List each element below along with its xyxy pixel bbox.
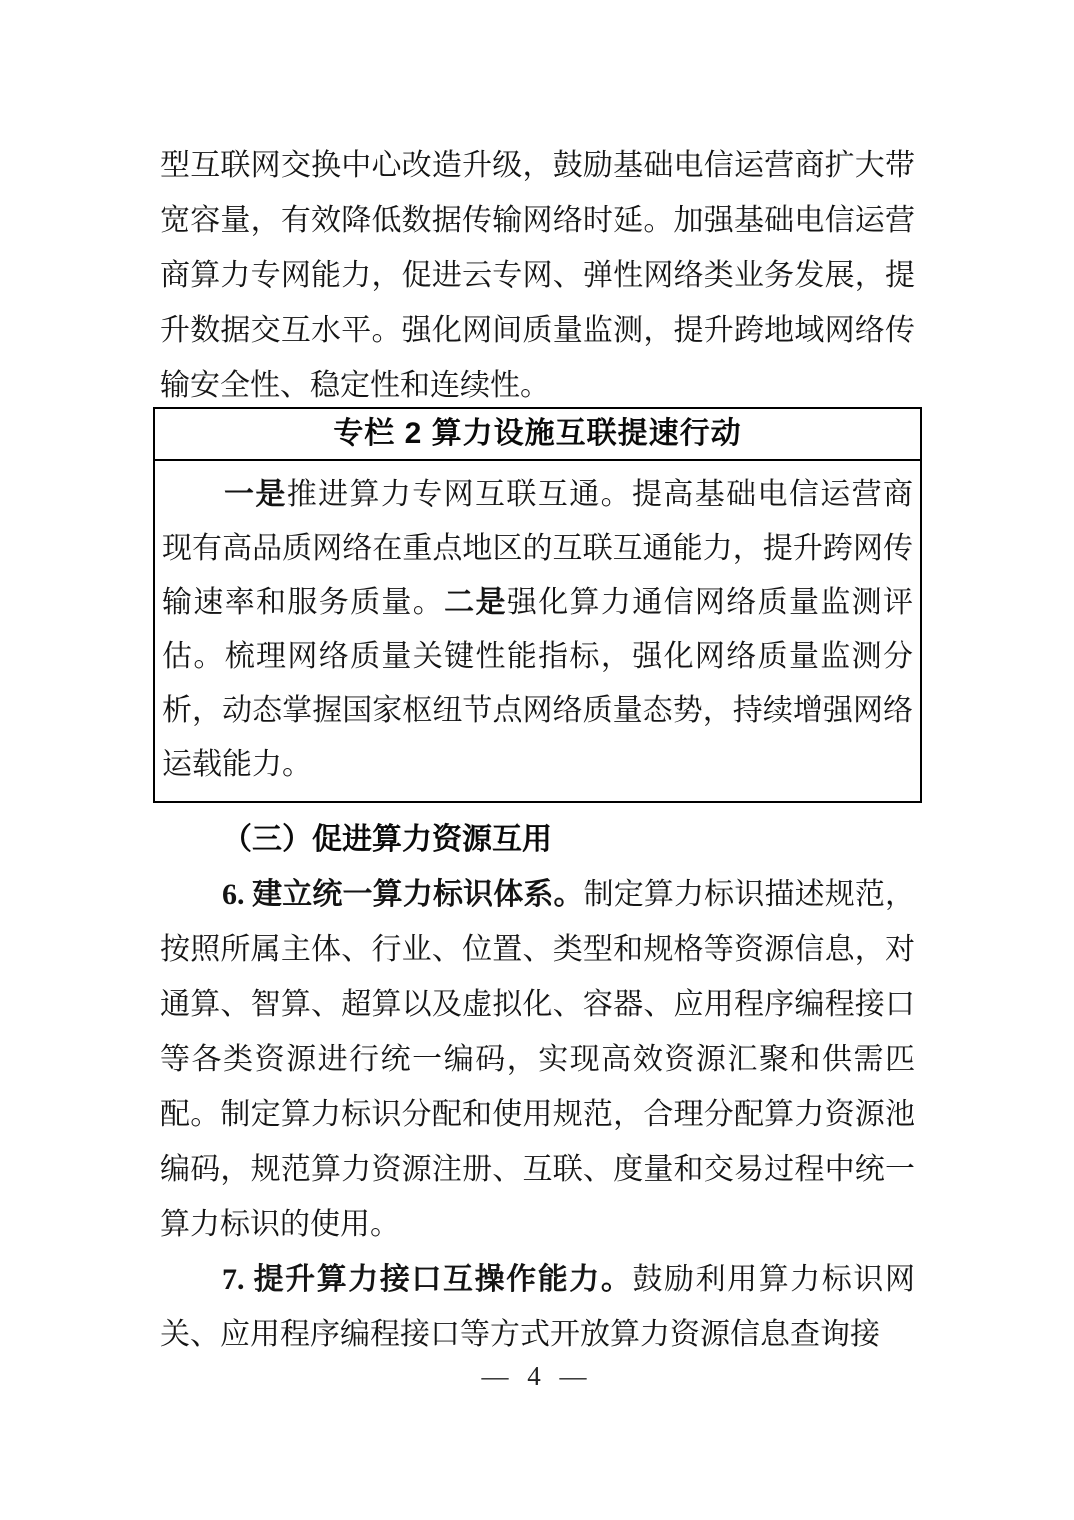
paragraph-7-lead: 7. 提升算力接口互操作能力。 [222, 1263, 632, 1296]
box-item-1-label: 一是 [224, 478, 287, 511]
box-item-2-label: 二是 [444, 586, 507, 619]
paragraph-6-text: 制定算力标识描述规范，按照所属主体、行业、位置、类型和规格等资源信息，对通算、智… [160, 878, 915, 1241]
page-number: — 4 — [0, 1356, 1074, 1396]
column-box: 专栏 2 算力设施互联提速行动 一是推进算力专网互联互通。提高基础电信运营商现有… [153, 407, 922, 803]
section-heading: （三）促进算力资源互用 [153, 812, 922, 867]
paragraph-6: 6. 建立统一算力标识体系。制定算力标识描述规范，按照所属主体、行业、位置、类型… [153, 867, 922, 1252]
column-box-body: 一是推进算力专网互联互通。提高基础电信运营商现有高品质网络在重点地区的互联互通能… [155, 461, 920, 801]
column-box-title: 专栏 2 算力设施互联提速行动 [155, 409, 920, 461]
page-content: 型互联网交换中心改造升级，鼓励基础电信运营商扩大带宽容量，有效降低数据传输网络时… [153, 138, 922, 1362]
paragraph-continued: 型互联网交换中心改造升级，鼓励基础电信运营商扩大带宽容量，有效降低数据传输网络时… [153, 138, 922, 413]
document-page: 型互联网交换中心改造升级，鼓励基础电信运营商扩大带宽容量，有效降低数据传输网络时… [0, 0, 1074, 1520]
paragraph-6-lead: 6. 建立统一算力标识体系。 [222, 878, 584, 911]
paragraph-7: 7. 提升算力接口互操作能力。鼓励利用算力标识网关、应用程序编程接口等方式开放算… [153, 1252, 922, 1362]
column-box-paragraph: 一是推进算力专网互联互通。提高基础电信运营商现有高品质网络在重点地区的互联互通能… [155, 461, 920, 801]
